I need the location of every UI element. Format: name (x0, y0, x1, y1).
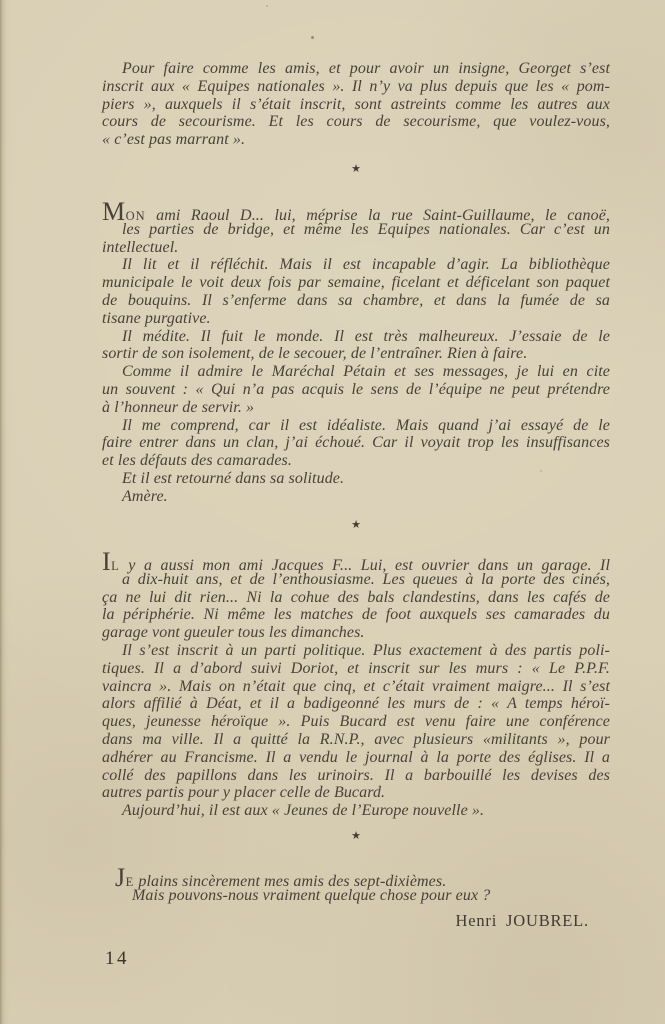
star-separator: ★ (102, 518, 610, 531)
text-line: garage vont gueuler tous les dimanches. (102, 624, 610, 642)
text-line: a dix-huit ans, et de l’enthousiasme. Le… (102, 571, 610, 589)
star-separator: ★ (102, 162, 610, 175)
text-line: la périphérie. Ni même les matches de fo… (102, 606, 610, 624)
text-line: Il me comprend, car il est idéaliste. Ma… (102, 417, 610, 435)
text-line: faire entrer dans un clan, j’ai échoué. … (102, 434, 610, 452)
text-line: collé des papillons dans les urinoirs. I… (102, 767, 610, 785)
text-line: Et il est retourné dans sa solitude. (102, 470, 610, 488)
star-separator: ★ (102, 829, 610, 842)
binding-edge-shadow (0, 0, 14, 1024)
text-line: adhérer au Francisme. Il a vendu le jour… (102, 749, 610, 767)
author-signature: Henri JOUBREL. (102, 911, 610, 931)
text-line: et les défauts des camarades. (102, 452, 610, 470)
text-line: Il s’est inscrit à un parti politique. P… (102, 642, 610, 660)
paragraph-initial-letter: I (102, 547, 111, 576)
text-line: vaincra ». Mais on n’était que cinq, et … (102, 678, 610, 696)
text-line: dans ma ville. Il a quitté la R.N.P., av… (102, 731, 610, 749)
text-line: municipale le voit deux fois par semaine… (102, 274, 610, 292)
text-line: Il lit et il réfléchit. Mais il est inca… (102, 256, 610, 274)
paragraph-georget: Pour faire comme les amis, et pour avoir… (102, 60, 610, 149)
text-line: tiques. Il a d’abord suivi Doriot, et in… (102, 660, 610, 678)
paper-speck (311, 36, 314, 39)
paragraph-initial-letter: J (115, 863, 126, 892)
text-line: sortir de son isolement, de le secouer, … (102, 345, 610, 363)
paragraph-raoul: MON ami Raoul D... lui, méprise la rue S… (102, 203, 610, 506)
text-line: cours de secourisme. Et les cours de sec… (102, 113, 610, 131)
text-line: autres partis pour y placer celle de Buc… (102, 784, 610, 802)
paragraph-jacques: IL y a aussi mon ami Jacques F... Lui, e… (102, 553, 610, 820)
text-line: de bouquins. Il s’enferme dans sa chambr… (102, 292, 610, 310)
text-line: ça ne lui dit rien... Ni la cohue des ba… (102, 589, 610, 607)
text-line: ques, jeunesse héroïque ». Puis Bucard e… (102, 713, 610, 731)
text-line: à l’honneur de servir. » (102, 399, 610, 417)
text-line: inscrit aux « Equipes nationales ». Il n… (102, 78, 610, 96)
text-line: Il médite. Il fuit le monde. Il est très… (102, 328, 610, 346)
book-page: Pour faire comme les amis, et pour avoir… (0, 0, 665, 1024)
text-line: JE plains sincèrement mes amis des sept-… (102, 869, 610, 887)
text-line: Mais pouvons-nous vraiment quelque chose… (102, 887, 610, 905)
text-line: intellectuel. (102, 239, 610, 257)
paragraph-small-caps: L (111, 559, 120, 573)
text-line: Comme il admire le Maréchal Pétain et se… (102, 363, 610, 381)
text-line: les parties de bridge, et même les Equip… (102, 221, 610, 239)
text-line: MON ami Raoul D... lui, méprise la rue S… (102, 203, 610, 221)
page-number: 14 (105, 948, 129, 970)
text-line: IL y a aussi mon ami Jacques F... Lui, e… (102, 553, 610, 571)
text-line: Pour faire comme les amis, et pour avoir… (102, 60, 610, 78)
text-line: piers », auxquels il s’était inscrit, so… (102, 96, 610, 114)
paragraph-closing: JE plains sincèrement mes amis des sept-… (102, 869, 610, 905)
text-line: Aujourd’hui, il est aux « Jeunes de l’Eu… (102, 802, 610, 820)
text-line: tisane purgative. (102, 310, 610, 328)
paper-speck (266, 5, 268, 7)
text-line: « c’est pas marrant ». (102, 131, 610, 149)
text-line: alors affilié à Déat, et il a badigeonné… (102, 695, 610, 713)
text-line: un souvent : « Qui n’a pas acquis le sen… (102, 381, 610, 399)
text-line: Amère. (102, 488, 610, 506)
